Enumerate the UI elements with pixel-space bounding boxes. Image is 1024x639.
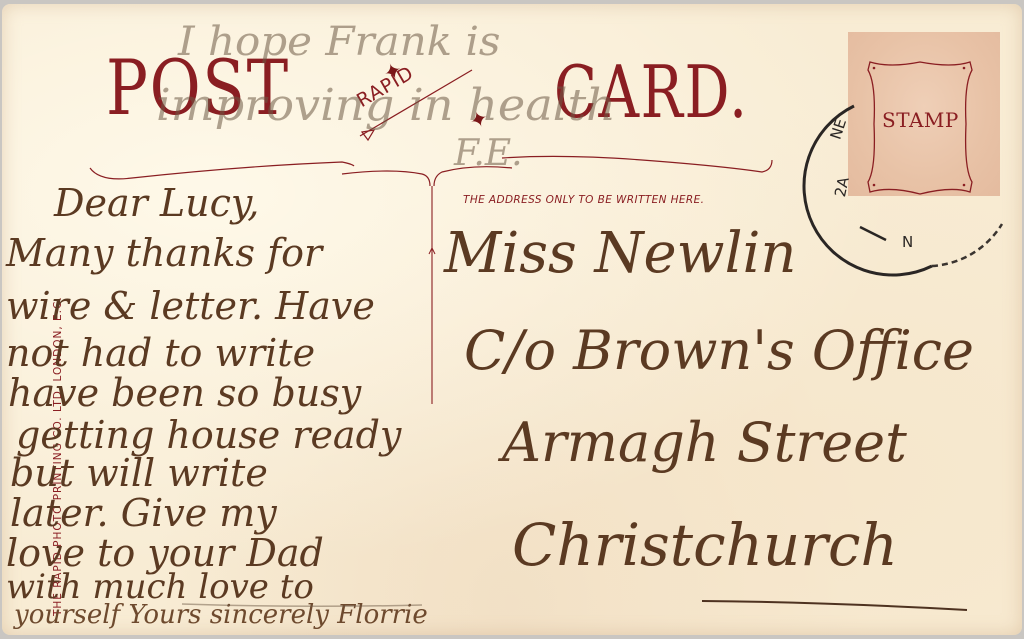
postcard-back: STAMP NE 2A N POST CARD. ✦ ✦ RAPID THE A…	[2, 4, 1022, 635]
address-underline	[2, 4, 1022, 635]
